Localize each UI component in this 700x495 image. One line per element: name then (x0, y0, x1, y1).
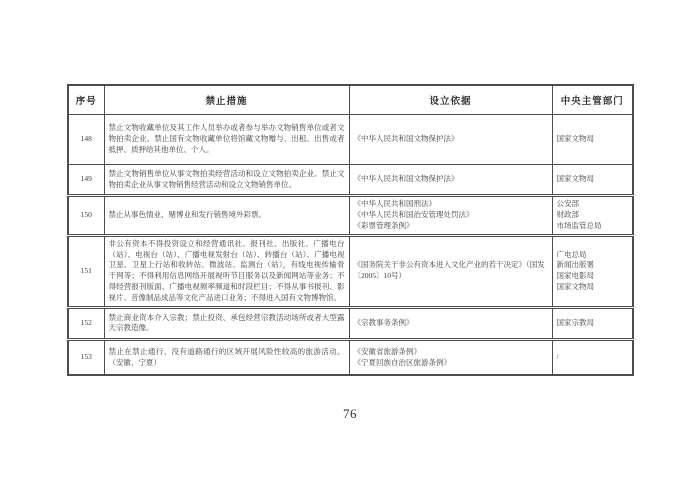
row-central-departments: 国家文物局 (552, 115, 633, 165)
table-row: 153 禁止在禁止通行、没有道路通行的区域开展风险性较高的旅游活动。（安徽、宁夏… (68, 339, 633, 375)
row-central-departments: / (552, 339, 633, 375)
row-central-departments: 国家宗教局 (552, 307, 633, 339)
table-row: 148 禁止文物收藏单位及其工作人员举办或者参与举办文物销售单位或者文物拍卖企业… (68, 115, 633, 165)
row-prohibited-measure: 非公有资本不得投资设立和经营通讯社、报刊社、出版社、广播电台（站）、电视台（站）… (104, 235, 349, 307)
row-central-departments: 公安部财政部市场监管总局 (552, 196, 633, 236)
row-serial-number: 153 (68, 339, 104, 375)
column-header-prohibited-measures: 禁止措施 (104, 85, 349, 115)
table-row: 150 禁止从事色情业、赌博业和发行销售境外彩票。 《中华人民共和国刑法》《中华… (68, 196, 633, 236)
row-serial-number: 150 (68, 196, 104, 236)
row-serial-number: 152 (68, 307, 104, 339)
negative-list-table: 序号 禁止措施 设立依据 中央主管部门 148 禁止文物收藏单位及其工作人员举办… (67, 84, 634, 376)
row-prohibited-measure: 禁止商业资本介入宗教；禁止投资、承包经营宗教活动场所或者大型露天宗教造像。 (104, 307, 349, 339)
row-central-departments: 广电总局新闻出版署国家电影局国家文物局 (552, 235, 633, 307)
table-row: 149 禁止文物销售单位从事文物拍卖经营活动和设立文物拍卖企业。禁止文物拍卖企业… (68, 165, 633, 196)
table-body: 148 禁止文物收藏单位及其工作人员举办或者参与举办文物销售单位或者文物拍卖企业… (68, 115, 633, 376)
table-row: 151 非公有资本不得投资设立和经营通讯社、报刊社、出版社、广播电台（站）、电视… (68, 235, 633, 307)
row-legal-basis: 《中华人民共和国刑法》《中华人民共和国治安管理处罚法》《彩票管理条例》 (349, 196, 552, 236)
document-page: 序号 禁止措施 设立依据 中央主管部门 148 禁止文物收藏单位及其工作人员举办… (0, 0, 700, 495)
row-prohibited-measure: 禁止文物收藏单位及其工作人员举办或者参与举办文物销售单位或者文物拍卖企业。禁止国… (104, 115, 349, 165)
row-legal-basis: 《中华人民共和国文物保护法》 (349, 115, 552, 165)
row-serial-number: 151 (68, 235, 104, 307)
column-header-central-department: 中央主管部门 (552, 85, 633, 115)
column-header-serial: 序号 (68, 85, 104, 115)
row-prohibited-measure: 禁止文物销售单位从事文物拍卖经营活动和设立文物拍卖企业。禁止文物拍卖企业从事文物… (104, 165, 349, 196)
page-number: 76 (0, 406, 700, 422)
column-header-legal-basis: 设立依据 (349, 85, 552, 115)
row-prohibited-measure: 禁止在禁止通行、没有道路通行的区域开展风险性较高的旅游活动。（安徽、宁夏） (104, 339, 349, 375)
table-row: 152 禁止商业资本介入宗教；禁止投资、承包经营宗教活动场所或者大型露天宗教造像… (68, 307, 633, 339)
row-legal-basis: 《国务院关于非公有资本进入文化产业的若干决定》（国发〔2005〕10号） (349, 235, 552, 307)
row-prohibited-measure: 禁止从事色情业、赌博业和发行销售境外彩票。 (104, 196, 349, 236)
row-central-departments: 国家文物局 (552, 165, 633, 196)
row-legal-basis: 《安徽省旅游条例》《宁夏回族自治区旅游条例》 (349, 339, 552, 375)
row-serial-number: 148 (68, 115, 104, 165)
row-legal-basis: 《中华人民共和国文物保护法》 (349, 165, 552, 196)
table-header-row: 序号 禁止措施 设立依据 中央主管部门 (68, 85, 633, 115)
row-legal-basis: 《宗教事务条例》 (349, 307, 552, 339)
row-serial-number: 149 (68, 165, 104, 196)
